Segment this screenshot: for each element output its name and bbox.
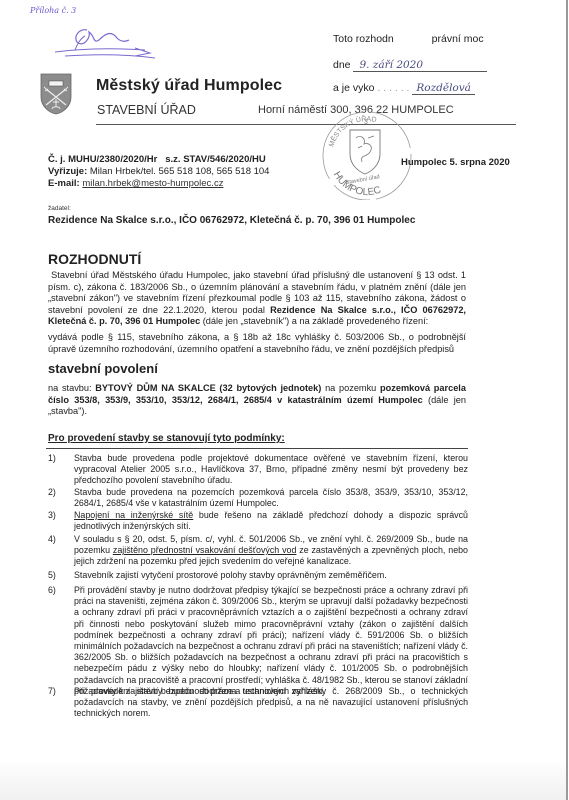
email-line: E-mail: milan.hrbek@mesto-humpolec.cz — [48, 178, 269, 190]
conditions-divider — [46, 448, 468, 449]
file-number-label: s.z. — [165, 154, 180, 165]
condition-underlined: zajištěno přednostní vsakování dešťových… — [113, 545, 297, 555]
handler-value: Milan Hrbek/tel. 565 518 108, 565 518 10… — [90, 166, 270, 177]
building-prefix: na stavbu: — [48, 383, 95, 393]
permit-heading: stavební povolení — [48, 361, 158, 376]
condition-text: Při provádění stavby budou dodržena usta… — [74, 686, 468, 720]
applicant-value: Rezidence Na Skalce s.r.o., IČO 06762972… — [48, 215, 415, 226]
condition-text: V souladu s § 20, odst. 5, písm. c/, vyh… — [74, 534, 468, 568]
decision-issues: vydává podle § 115, stavebního zákona, a… — [48, 332, 466, 355]
condition-text: Napojení na inženýrské sítě bude řešeno … — [74, 510, 468, 532]
decision-heading: ROZHODNUTÍ — [48, 251, 141, 267]
condition-item: 2) Stavba bude provedena na pozemcích po… — [48, 487, 468, 509]
conditions-heading: Pro provedení stavby se stanovují tyto p… — [48, 433, 285, 444]
condition-item: 3) Napojení na inženýrské sítě bude řeše… — [48, 510, 468, 532]
condition-text: Stavebník zajistí vytyčení prostorové po… — [74, 570, 468, 581]
legal-line-2: dne 9. září 2020 — [333, 59, 487, 72]
condition-item: 4) V souladu s § 20, odst. 5, písm. c/, … — [48, 534, 468, 568]
building-mid: na pozemku — [321, 383, 380, 393]
legal-signature-handwritten: Rozdělová — [412, 82, 475, 95]
legal-line-1: Toto rozhodn právní moc — [333, 33, 484, 45]
condition-number: 4) — [48, 534, 68, 545]
condition-number: 3) — [48, 510, 68, 521]
legal-line-3-dots: . . . . . . — [377, 82, 412, 94]
email-link[interactable]: milan.hrbek@mesto-humpolec.cz — [82, 178, 223, 189]
condition-number: 5) — [48, 570, 68, 581]
building-name: BYTOVÝ DŮM NA SKALCE (32 bytových jednot… — [95, 383, 321, 393]
condition-number: 7) — [48, 686, 68, 697]
condition-item: 1) Stavba bude provedena podle projektov… — [48, 453, 468, 487]
department-name: STAVEBNÍ ÚŘAD — [97, 103, 196, 117]
condition-underlined: Napojení na inženýrské sítě — [74, 510, 193, 520]
condition-text: Stavba bude provedena na pozemcích pozem… — [74, 487, 468, 509]
svg-text:3: 3 — [364, 119, 368, 126]
legal-date-handwritten: 9. září 2020 — [353, 59, 487, 72]
legal-line-1-suffix: právní moc — [432, 33, 484, 45]
page-edge — [566, 0, 568, 800]
legal-line-1-gap — [397, 33, 429, 45]
legal-line-3: a je vyko . . . . . . Rozdělová — [333, 82, 475, 94]
official-stamp-icon: MĚSTSKÝ ÚŘAD 3 Stavební úřad HUMPOLEC — [318, 108, 416, 200]
email-label: E-mail: — [48, 178, 80, 189]
signature-icon — [25, 8, 165, 68]
document-page: Příloha č. 3 Městský úřad Humpolec STAVE… — [0, 0, 566, 800]
condition-number: 6) — [48, 585, 68, 596]
applicant-label: žadatel: — [48, 205, 71, 212]
file-number-value: STAV/546/2020/HU — [183, 154, 266, 165]
condition-item: 5) Stavebník zajistí vytyčení prostorové… — [48, 570, 468, 581]
reference-numbers: Č. j. MUHU/2380/2020/Hr s.z. STAV/546/20… — [48, 154, 269, 166]
condition-text: Stavba bude provedena podle projektové d… — [74, 453, 468, 487]
header-divider — [96, 124, 516, 125]
document-date: Humpolec 5. srpna 2020 — [401, 157, 510, 168]
condition-number: 2) — [48, 487, 68, 498]
handler-line: Vyřizuje: Milan Hrbek/tel. 565 518 108, … — [48, 166, 269, 178]
handler-label: Vyřizuje: — [48, 166, 87, 177]
condition-item: 6) Při provádění stavby je nutno dodržov… — [48, 585, 468, 697]
decision-intro-tail: (dále jen „stavebník") a na základě prov… — [200, 316, 428, 326]
svg-text:MĚSTSKÝ ÚŘAD: MĚSTSKÝ ÚŘAD — [328, 114, 377, 148]
decision-intro: Stavební úřad Městského úřadu Humpolec, … — [48, 270, 466, 328]
condition-text: Při provádění stavby je nutno dodržovat … — [74, 585, 468, 697]
case-number-label: Č. j. — [48, 154, 65, 165]
office-name: Městský úřad Humpolec — [96, 77, 282, 95]
legal-line-3-prefix: a je vyko — [333, 82, 374, 94]
building-description: na stavbu: BYTOVÝ DŮM NA SKALCE (32 byto… — [48, 383, 466, 418]
condition-number: 1) — [48, 453, 68, 464]
legal-line-1-prefix: Toto rozhodn — [333, 33, 394, 45]
case-number-value: MUHU/2380/2020/Hr — [68, 154, 157, 165]
reference-block: Č. j. MUHU/2380/2020/Hr s.z. STAV/546/20… — [48, 154, 269, 190]
municipal-crest-icon — [40, 73, 72, 115]
condition-item: 7) Při provádění stavby budou dodržena u… — [48, 686, 468, 720]
legal-line-2-prefix: dne — [333, 59, 351, 71]
